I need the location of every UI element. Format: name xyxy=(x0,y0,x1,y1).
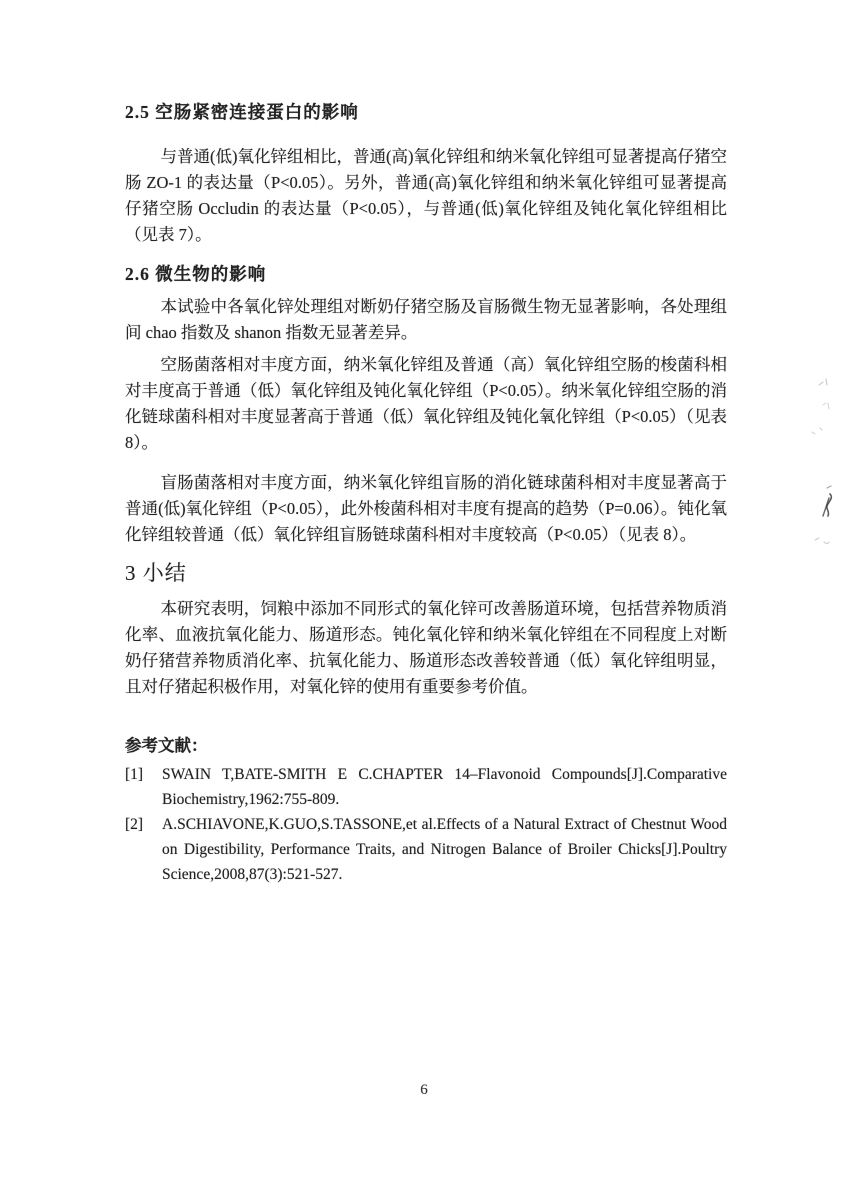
paragraph-2-5-1: 与普通(低)氧化锌组相比，普通(高)氧化锌组和纳米氧化锌组可显著提高仔猪空肠 Z… xyxy=(125,144,727,248)
scan-smudge-marks xyxy=(800,370,848,565)
page-number: 6 xyxy=(0,1080,848,1100)
scanned-paper-page: 2.5 空肠紧密连接蛋白的影响 与普通(低)氧化锌组相比，普通(高)氧化锌组和纳… xyxy=(0,0,848,1200)
reference-label: [1] xyxy=(125,762,162,787)
reference-label: [2] xyxy=(125,812,162,837)
section-heading-2-6: 2.6 微生物的影响 xyxy=(125,262,727,286)
paragraph-2-6-3: 盲肠菌落相对丰度方面，纳米氧化锌组盲肠的消化链球菌科相对丰度显著高于普通(低)氧… xyxy=(125,470,727,548)
section-heading-3: 3 小结 xyxy=(125,558,727,588)
paragraph-3-1: 本研究表明，饲粮中添加不同形式的氧化锌可改善肠道环境，包括营养物质消化率、血液抗… xyxy=(125,596,727,700)
paragraph-2-6-2: 空肠菌落相对丰度方面，纳米氧化锌组及普通（高）氧化锌组空肠的梭菌科相对丰度高于普… xyxy=(125,352,727,456)
page-content: 2.5 空肠紧密连接蛋白的影响 与普通(低)氧化锌组相比，普通(高)氧化锌组和纳… xyxy=(125,100,727,887)
reference-item-1: [1] SWAIN T,BATE-SMITH E C.CHAPTER 14–Fl… xyxy=(125,762,727,812)
reference-text: A.SCHIAVONE,K.GUO,S.TASSONE,et al.Effect… xyxy=(162,812,727,887)
reference-item-2: [2] A.SCHIAVONE,K.GUO,S.TASSONE,et al.Ef… xyxy=(125,812,727,887)
references-heading: 参考文献： xyxy=(125,734,727,758)
reference-text: SWAIN T,BATE-SMITH E C.CHAPTER 14–Flavon… xyxy=(162,762,727,812)
section-heading-2-5: 2.5 空肠紧密连接蛋白的影响 xyxy=(125,100,727,124)
paragraph-2-6-1: 本试验中各氧化锌处理组对断奶仔猪空肠及盲肠微生物无显著影响，各处理组间 chao… xyxy=(125,294,727,346)
